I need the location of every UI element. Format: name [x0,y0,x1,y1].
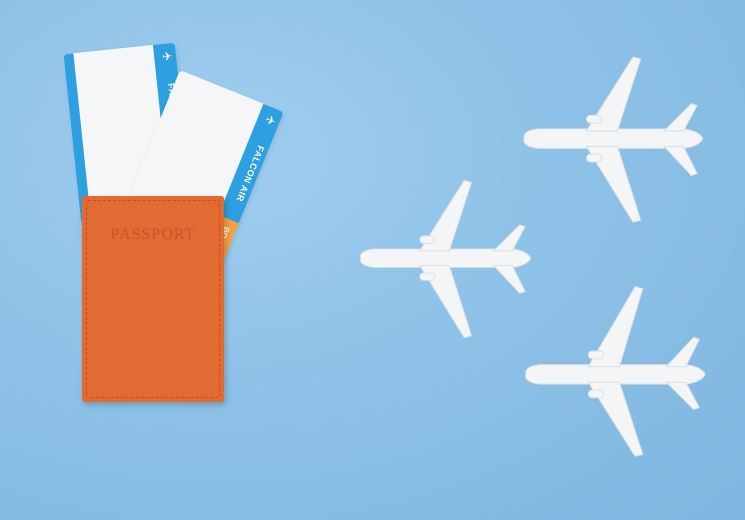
toy-airplane-middle [355,175,540,345]
passport-title: PASSPORT [82,226,224,244]
toy-airplane-top [518,55,713,230]
toy-airplane-bottom [520,278,715,463]
photo-scene: ✈ FALCON AIR ✈ FALCON AIR BOARDING PASS … [0,0,745,520]
passport-cover: PASSPORT [82,196,224,402]
airplane-icon: ✈ [161,49,172,64]
